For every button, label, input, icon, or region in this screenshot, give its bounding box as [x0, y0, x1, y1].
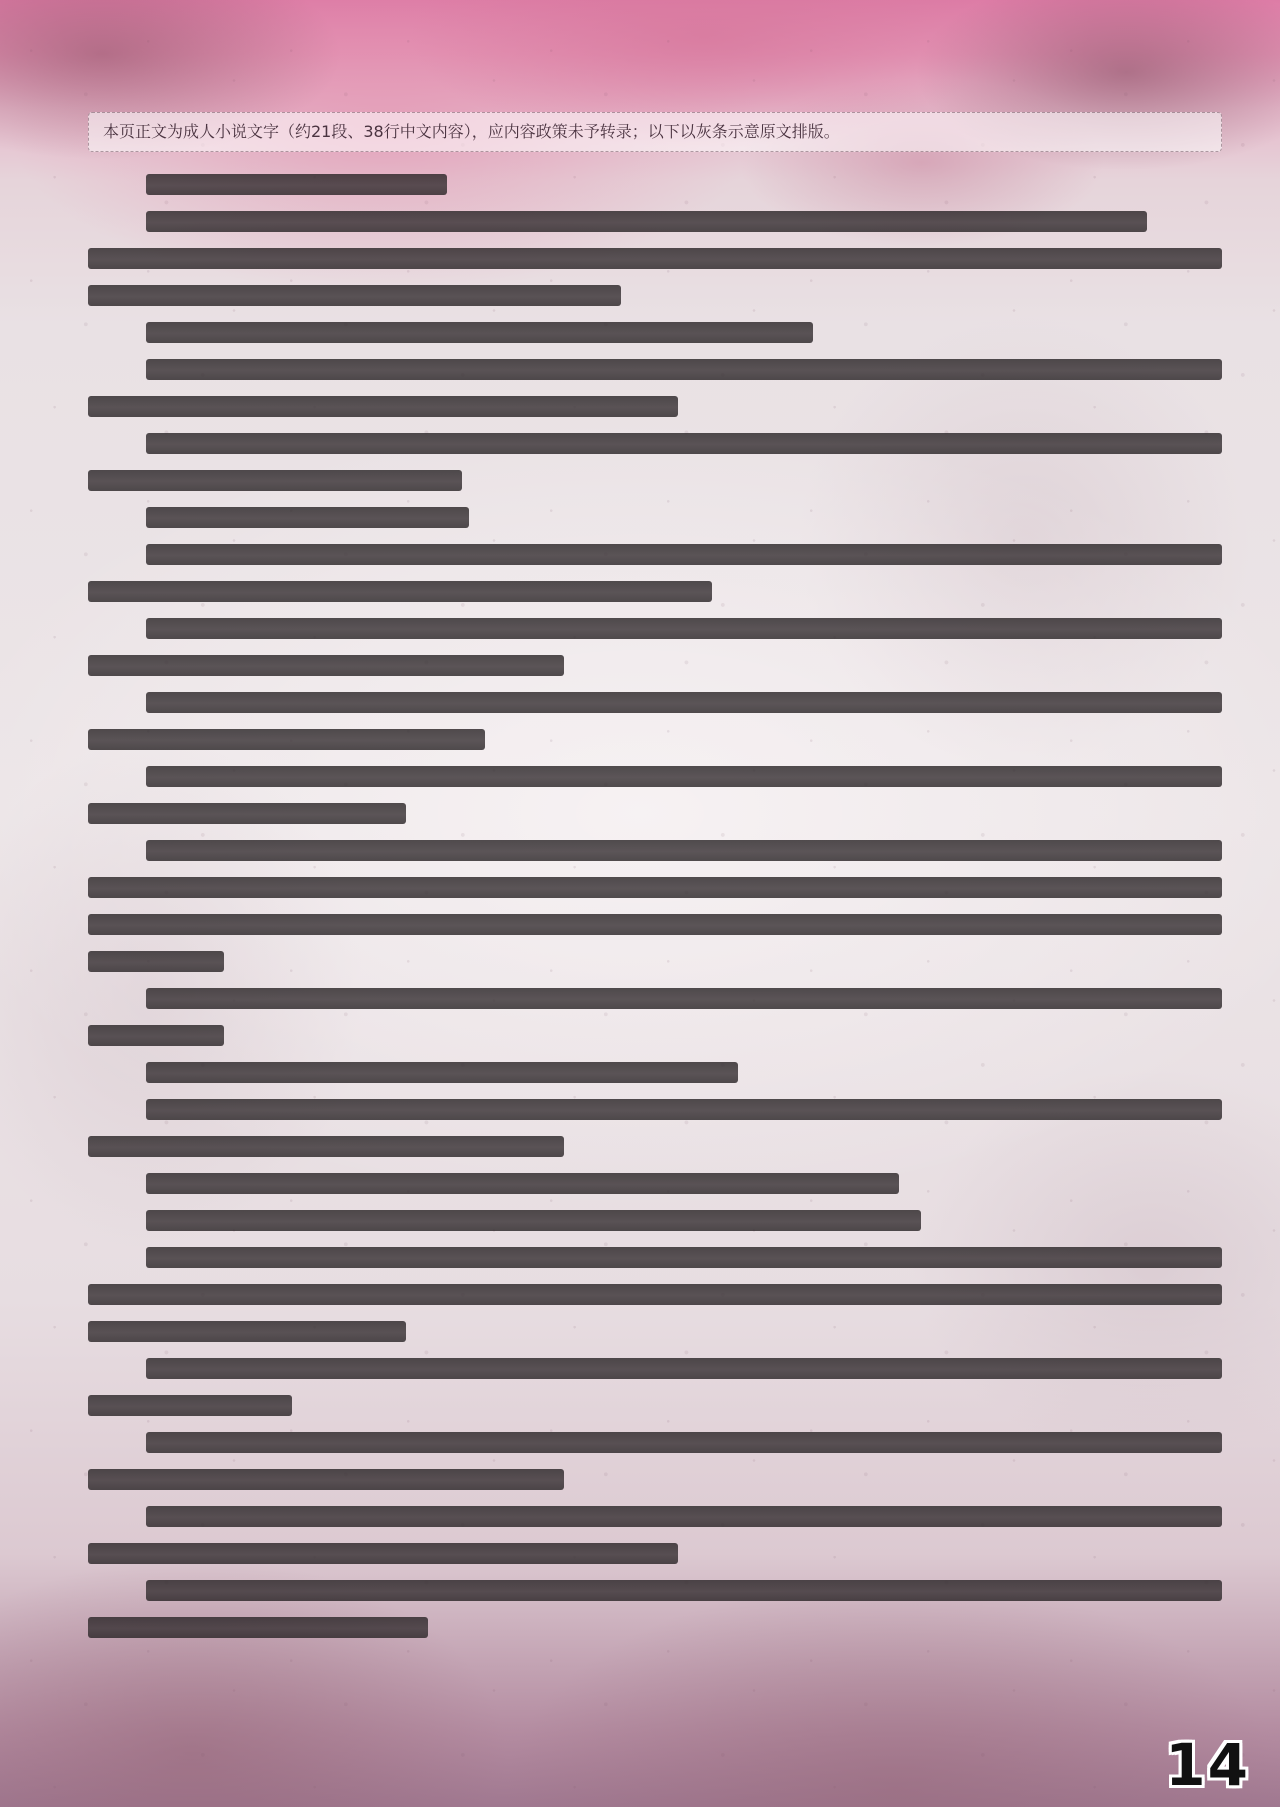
text-paragraph — [88, 536, 1222, 610]
text-line — [88, 1313, 1222, 1350]
text-line — [88, 869, 1222, 906]
text-line — [88, 1017, 1222, 1054]
text-line — [88, 1091, 1222, 1128]
text-paragraph — [88, 1350, 1222, 1424]
text-line — [88, 240, 1222, 277]
text-paragraph — [88, 203, 1222, 314]
text-line — [88, 684, 1222, 721]
text-line — [88, 906, 1222, 943]
text-line — [88, 1165, 1222, 1202]
text-line — [88, 314, 1222, 351]
text-line — [88, 1387, 1222, 1424]
text-paragraph — [88, 832, 1222, 980]
text-line — [88, 573, 1222, 610]
text-paragraph — [88, 1165, 1222, 1202]
text-line — [88, 388, 1222, 425]
text-paragraph — [88, 1424, 1222, 1498]
text-line — [88, 1202, 1222, 1239]
text-paragraph — [88, 1054, 1222, 1091]
text-paragraph — [88, 314, 1222, 351]
text-line — [88, 1535, 1222, 1572]
text-paragraph — [88, 758, 1222, 832]
text-line — [88, 462, 1222, 499]
text-paragraph — [88, 1498, 1222, 1572]
text-paragraph — [88, 499, 1222, 536]
text-paragraph — [88, 1091, 1222, 1165]
text-line — [88, 1276, 1222, 1313]
text-line — [88, 203, 1222, 240]
text-line — [88, 647, 1222, 684]
text-line — [88, 425, 1222, 462]
text-line — [88, 1609, 1222, 1646]
text-line — [88, 758, 1222, 795]
text-paragraph — [88, 610, 1222, 684]
text-line — [88, 277, 1222, 314]
text-line — [88, 1350, 1222, 1387]
text-paragraph — [88, 1239, 1222, 1350]
text-line — [88, 795, 1222, 832]
text-line — [88, 1424, 1222, 1461]
text-line — [88, 1461, 1222, 1498]
text-line — [88, 943, 1222, 980]
text-line — [88, 536, 1222, 573]
text-paragraph — [88, 166, 1222, 203]
text-paragraph — [88, 1202, 1222, 1239]
redaction-notice: 本页正文为成人小说文字（约21段、38行中文内容），应内容政策未予转录；以下以灰… — [88, 112, 1222, 152]
text-line — [88, 351, 1222, 388]
paragraph-list — [88, 166, 1222, 1646]
text-line — [88, 1239, 1222, 1276]
text-line — [88, 166, 1222, 203]
text-line — [88, 1128, 1222, 1165]
body-text-block: 本页正文为成人小说文字（约21段、38行中文内容），应内容政策未予转录；以下以灰… — [88, 112, 1222, 1646]
text-paragraph — [88, 425, 1222, 499]
text-paragraph — [88, 684, 1222, 758]
text-line — [88, 832, 1222, 869]
text-line — [88, 499, 1222, 536]
text-line — [88, 610, 1222, 647]
text-line — [88, 980, 1222, 1017]
text-paragraph — [88, 1572, 1222, 1646]
text-line — [88, 1498, 1222, 1535]
text-line — [88, 721, 1222, 758]
text-line — [88, 1054, 1222, 1091]
text-line — [88, 1572, 1222, 1609]
page-number: 14 — [1165, 1731, 1250, 1799]
text-paragraph — [88, 351, 1222, 425]
novel-page: 本页正文为成人小说文字（约21段、38行中文内容），应内容政策未予转录；以下以灰… — [0, 0, 1280, 1807]
text-paragraph — [88, 980, 1222, 1054]
